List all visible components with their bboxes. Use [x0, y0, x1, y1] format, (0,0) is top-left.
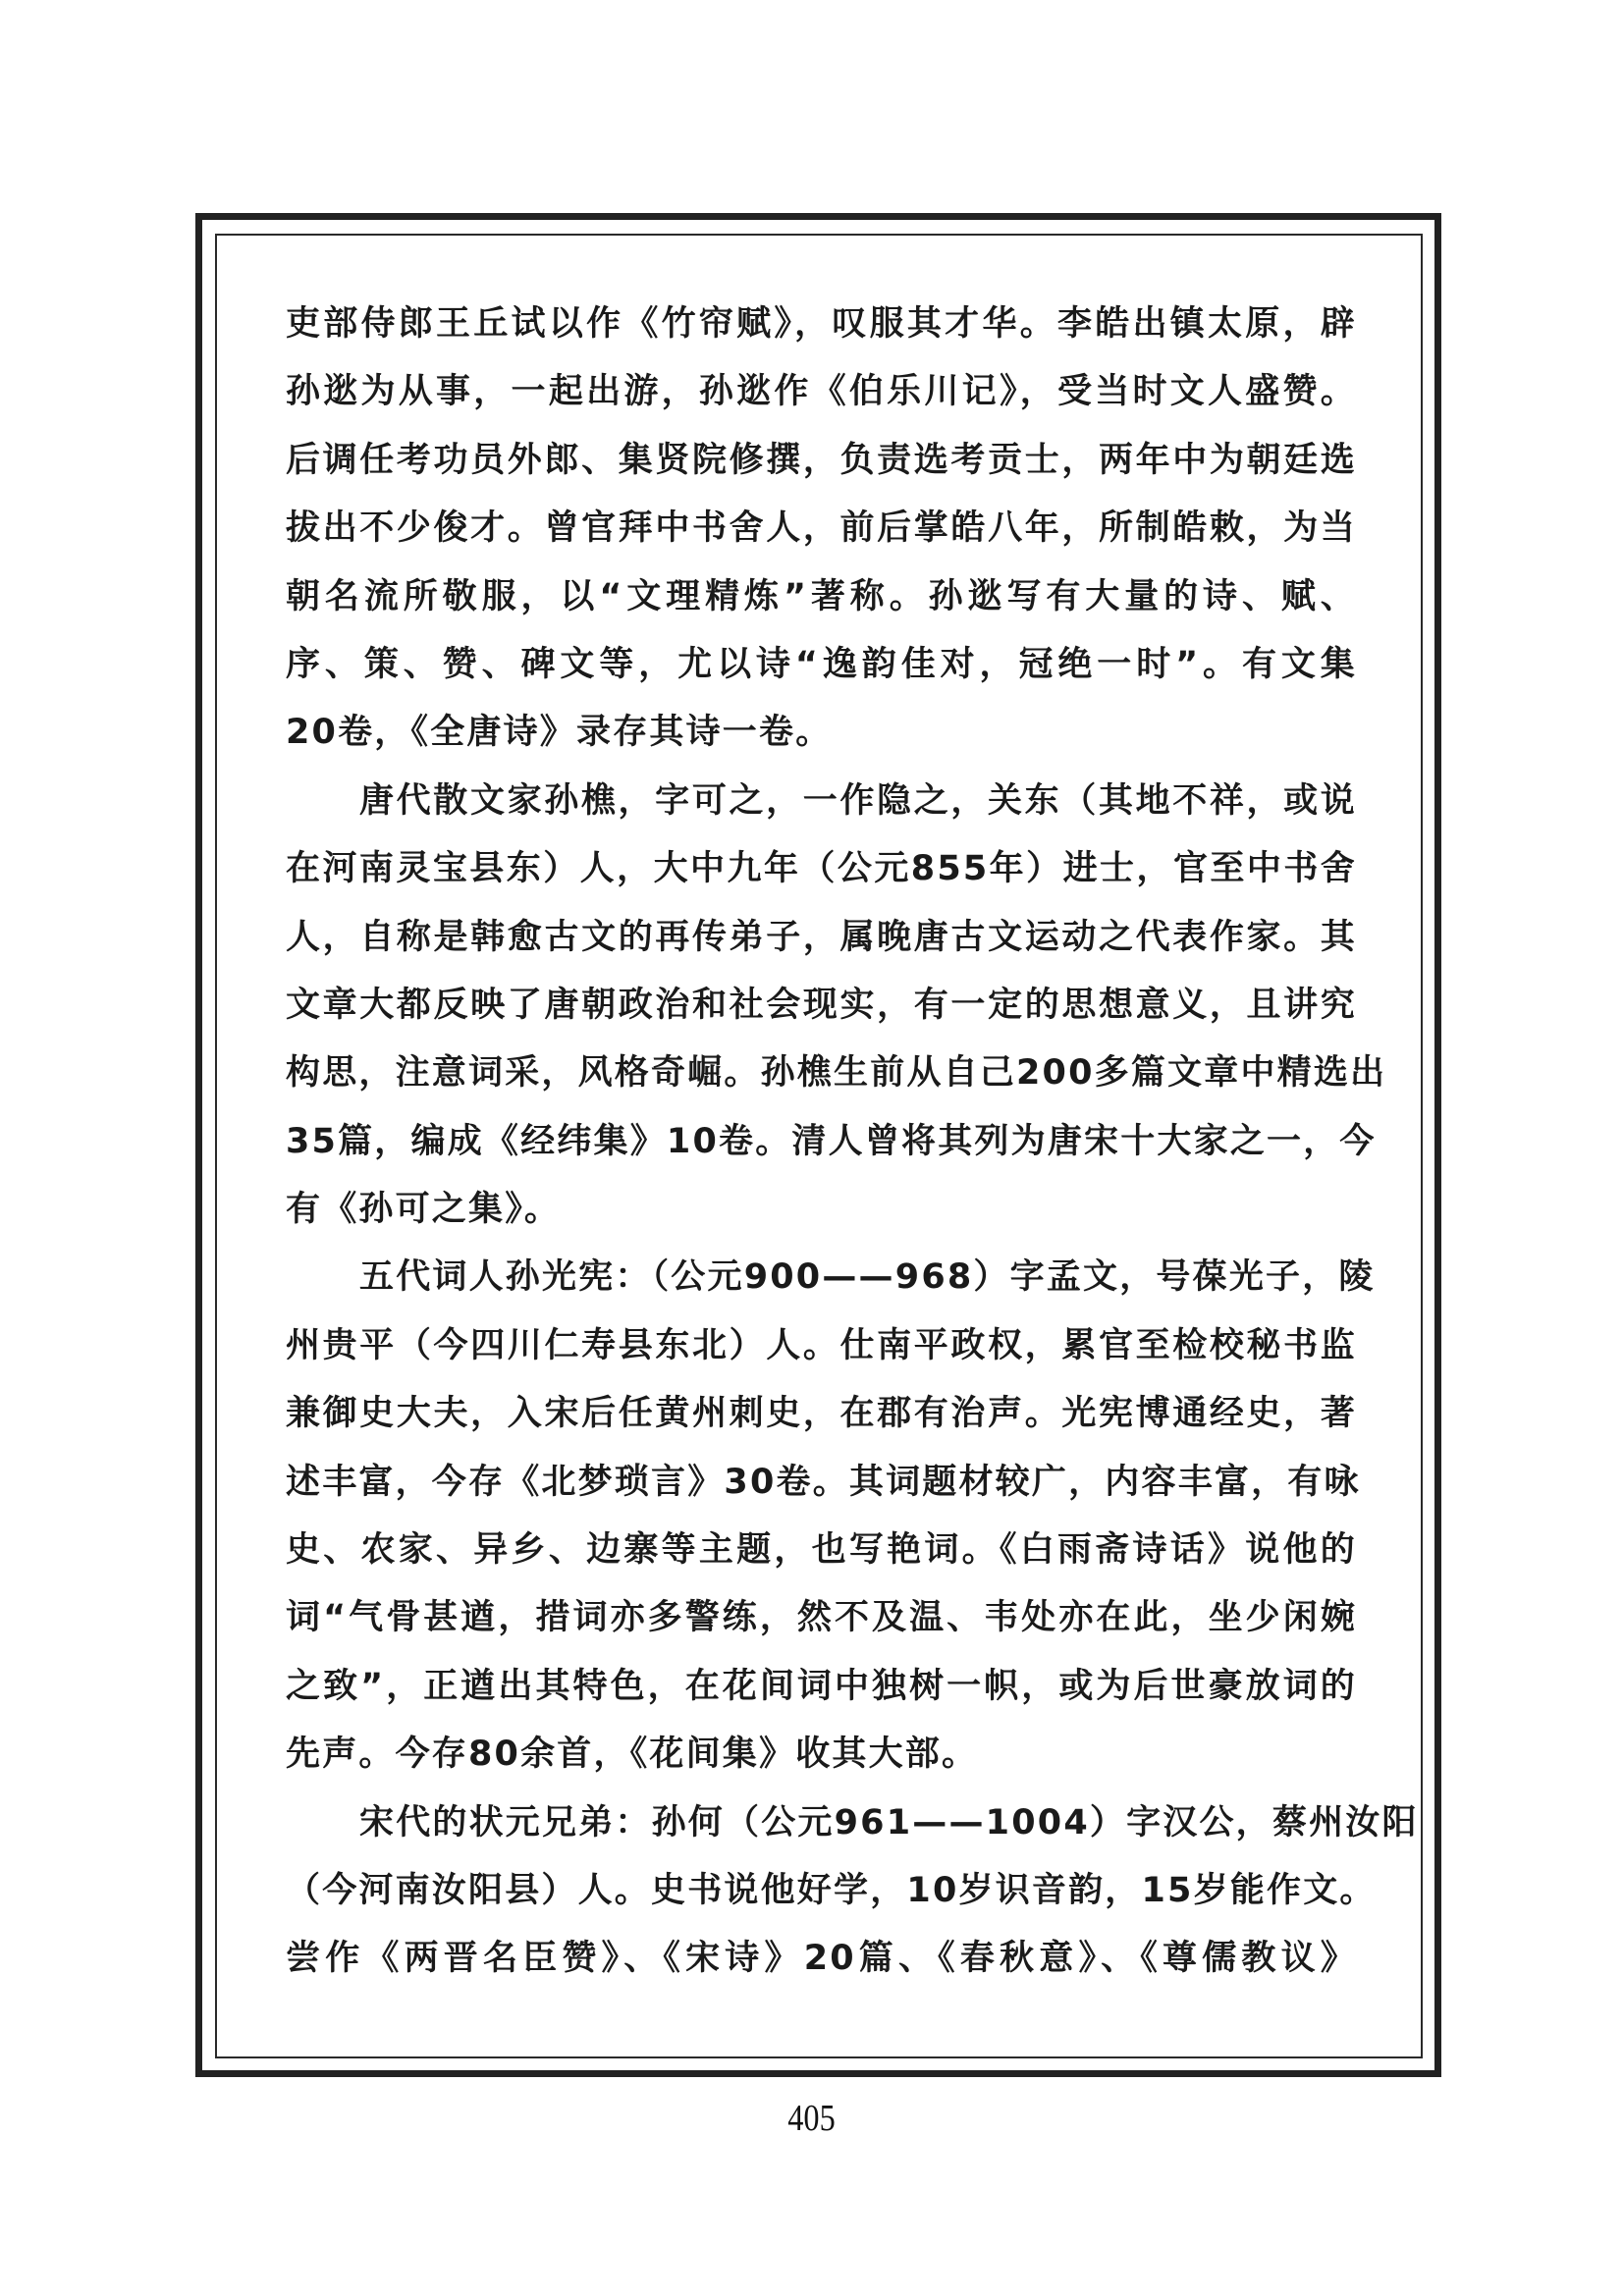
text-line: 唐代散文家孙樵，字可之，一作隐之，关东（其地不祥，或说 — [286, 768, 1357, 835]
text-line: 人，自称是韩愈古文的再传弟子，属晚唐古文运动之代表作家。其 — [286, 904, 1357, 972]
text-line: 拔出不少俊才。曾官拜中书舍人，前后掌皓八年，所制皓敕，为当 — [286, 495, 1357, 562]
text-line: 后调任考功员外郎、集贤院修撰，负责选考贡士，两年中为朝廷选 — [286, 427, 1357, 495]
text-line: 词“气骨甚遒，措词亦多警练，然不及温、韦处亦在此，坐少闲婉 — [286, 1584, 1357, 1652]
text-line: 有《孙可之集》。 — [286, 1176, 1366, 1244]
text-line: 孙逖为从事，一起出游，孙逖作《伯乐川记》，受当时文人盛赞。 — [286, 358, 1357, 426]
text-line: 述丰富，今存《北梦琐言》30卷。其词题材较广，内容丰富，有咏 — [286, 1449, 1357, 1517]
text-line: 文章大都反映了唐朝政治和社会现实，有一定的思想意义，且讲究 — [286, 972, 1357, 1040]
text-line: 35篇，编成《经纬集》10卷。清人曾将其列为唐宋十大家之一，今 — [286, 1108, 1357, 1176]
text-line: 构思，注意词采，风格奇崛。孙樵生前从自己200多篇文章中精选出 — [286, 1040, 1357, 1107]
text-line: 五代词人孙光宪：（公元900——968）字孟文，号葆光子，陵 — [286, 1244, 1357, 1311]
text-line: 吏部侍郎王丘试以作《竹帘赋》，叹服其才华。李皓出镇太原，辟 — [286, 291, 1357, 358]
body-text: 吏部侍郎王丘试以作《竹帘赋》，叹服其才华。李皓出镇太原，辟 孙逖为从事，一起出游… — [286, 291, 1366, 1994]
paragraph-sun-he: 宋代的状元兄弟：孙何（公元961——1004）字汉公，蔡州汝阳 （今河南汝阳县）… — [286, 1789, 1366, 1994]
text-line: 州贵平（今四川仁寿县东北）人。仕南平政权，累官至检校秘书监 — [286, 1312, 1357, 1380]
text-line: 之致”，正遒出其特色，在花间词中独树一帜，或为后世豪放词的 — [286, 1653, 1357, 1721]
paragraph-sun-qiao: 唐代散文家孙樵，字可之，一作隐之，关东（其地不祥，或说 在河南灵宝县东）人，大中… — [286, 768, 1366, 1245]
text-line: 先声。今存80余首，《花间集》收其大部。 — [286, 1721, 1366, 1789]
paragraph-sun-ti: 吏部侍郎王丘试以作《竹帘赋》，叹服其才华。李皓出镇太原，辟 孙逖为从事，一起出游… — [286, 291, 1366, 768]
paragraph-sun-guangxian: 五代词人孙光宪：（公元900——968）字孟文，号葆光子，陵 州贵平（今四川仁寿… — [286, 1244, 1366, 1789]
text-line: 史、农家、异乡、边寨等主题，也写艳词。《白雨斋诗话》说他的 — [286, 1517, 1357, 1584]
text-line: 宋代的状元兄弟：孙何（公元961——1004）字汉公，蔡州汝阳 — [286, 1789, 1357, 1857]
text-line: 序、策、赞、碑文等，尤以诗“逸韵佳对，冠绝一时”。有文集 — [286, 631, 1357, 699]
text-line: 兼御史大夫，入宋后任黄州刺史，在郡有治声。光宪博通经史，著 — [286, 1380, 1357, 1448]
text-line: 朝名流所敬服，以“文理精炼”著称。孙逖写有大量的诗、赋、 — [286, 563, 1357, 631]
text-line: 尝作《两晋名臣赞》、《宋诗》20篇、《春秋意》、《尊儒教议》 — [286, 1925, 1357, 1993]
text-line: （今河南汝阳县）人。史书说他好学，10岁识音韵，15岁能作文。 — [286, 1857, 1357, 1925]
page-number: 405 — [122, 2097, 1501, 2140]
text-line: 20卷，《全唐诗》录存其诗一卷。 — [286, 699, 1366, 767]
text-line: 在河南灵宝县东）人，大中九年（公元855年）进士，官至中书舍 — [286, 835, 1357, 903]
